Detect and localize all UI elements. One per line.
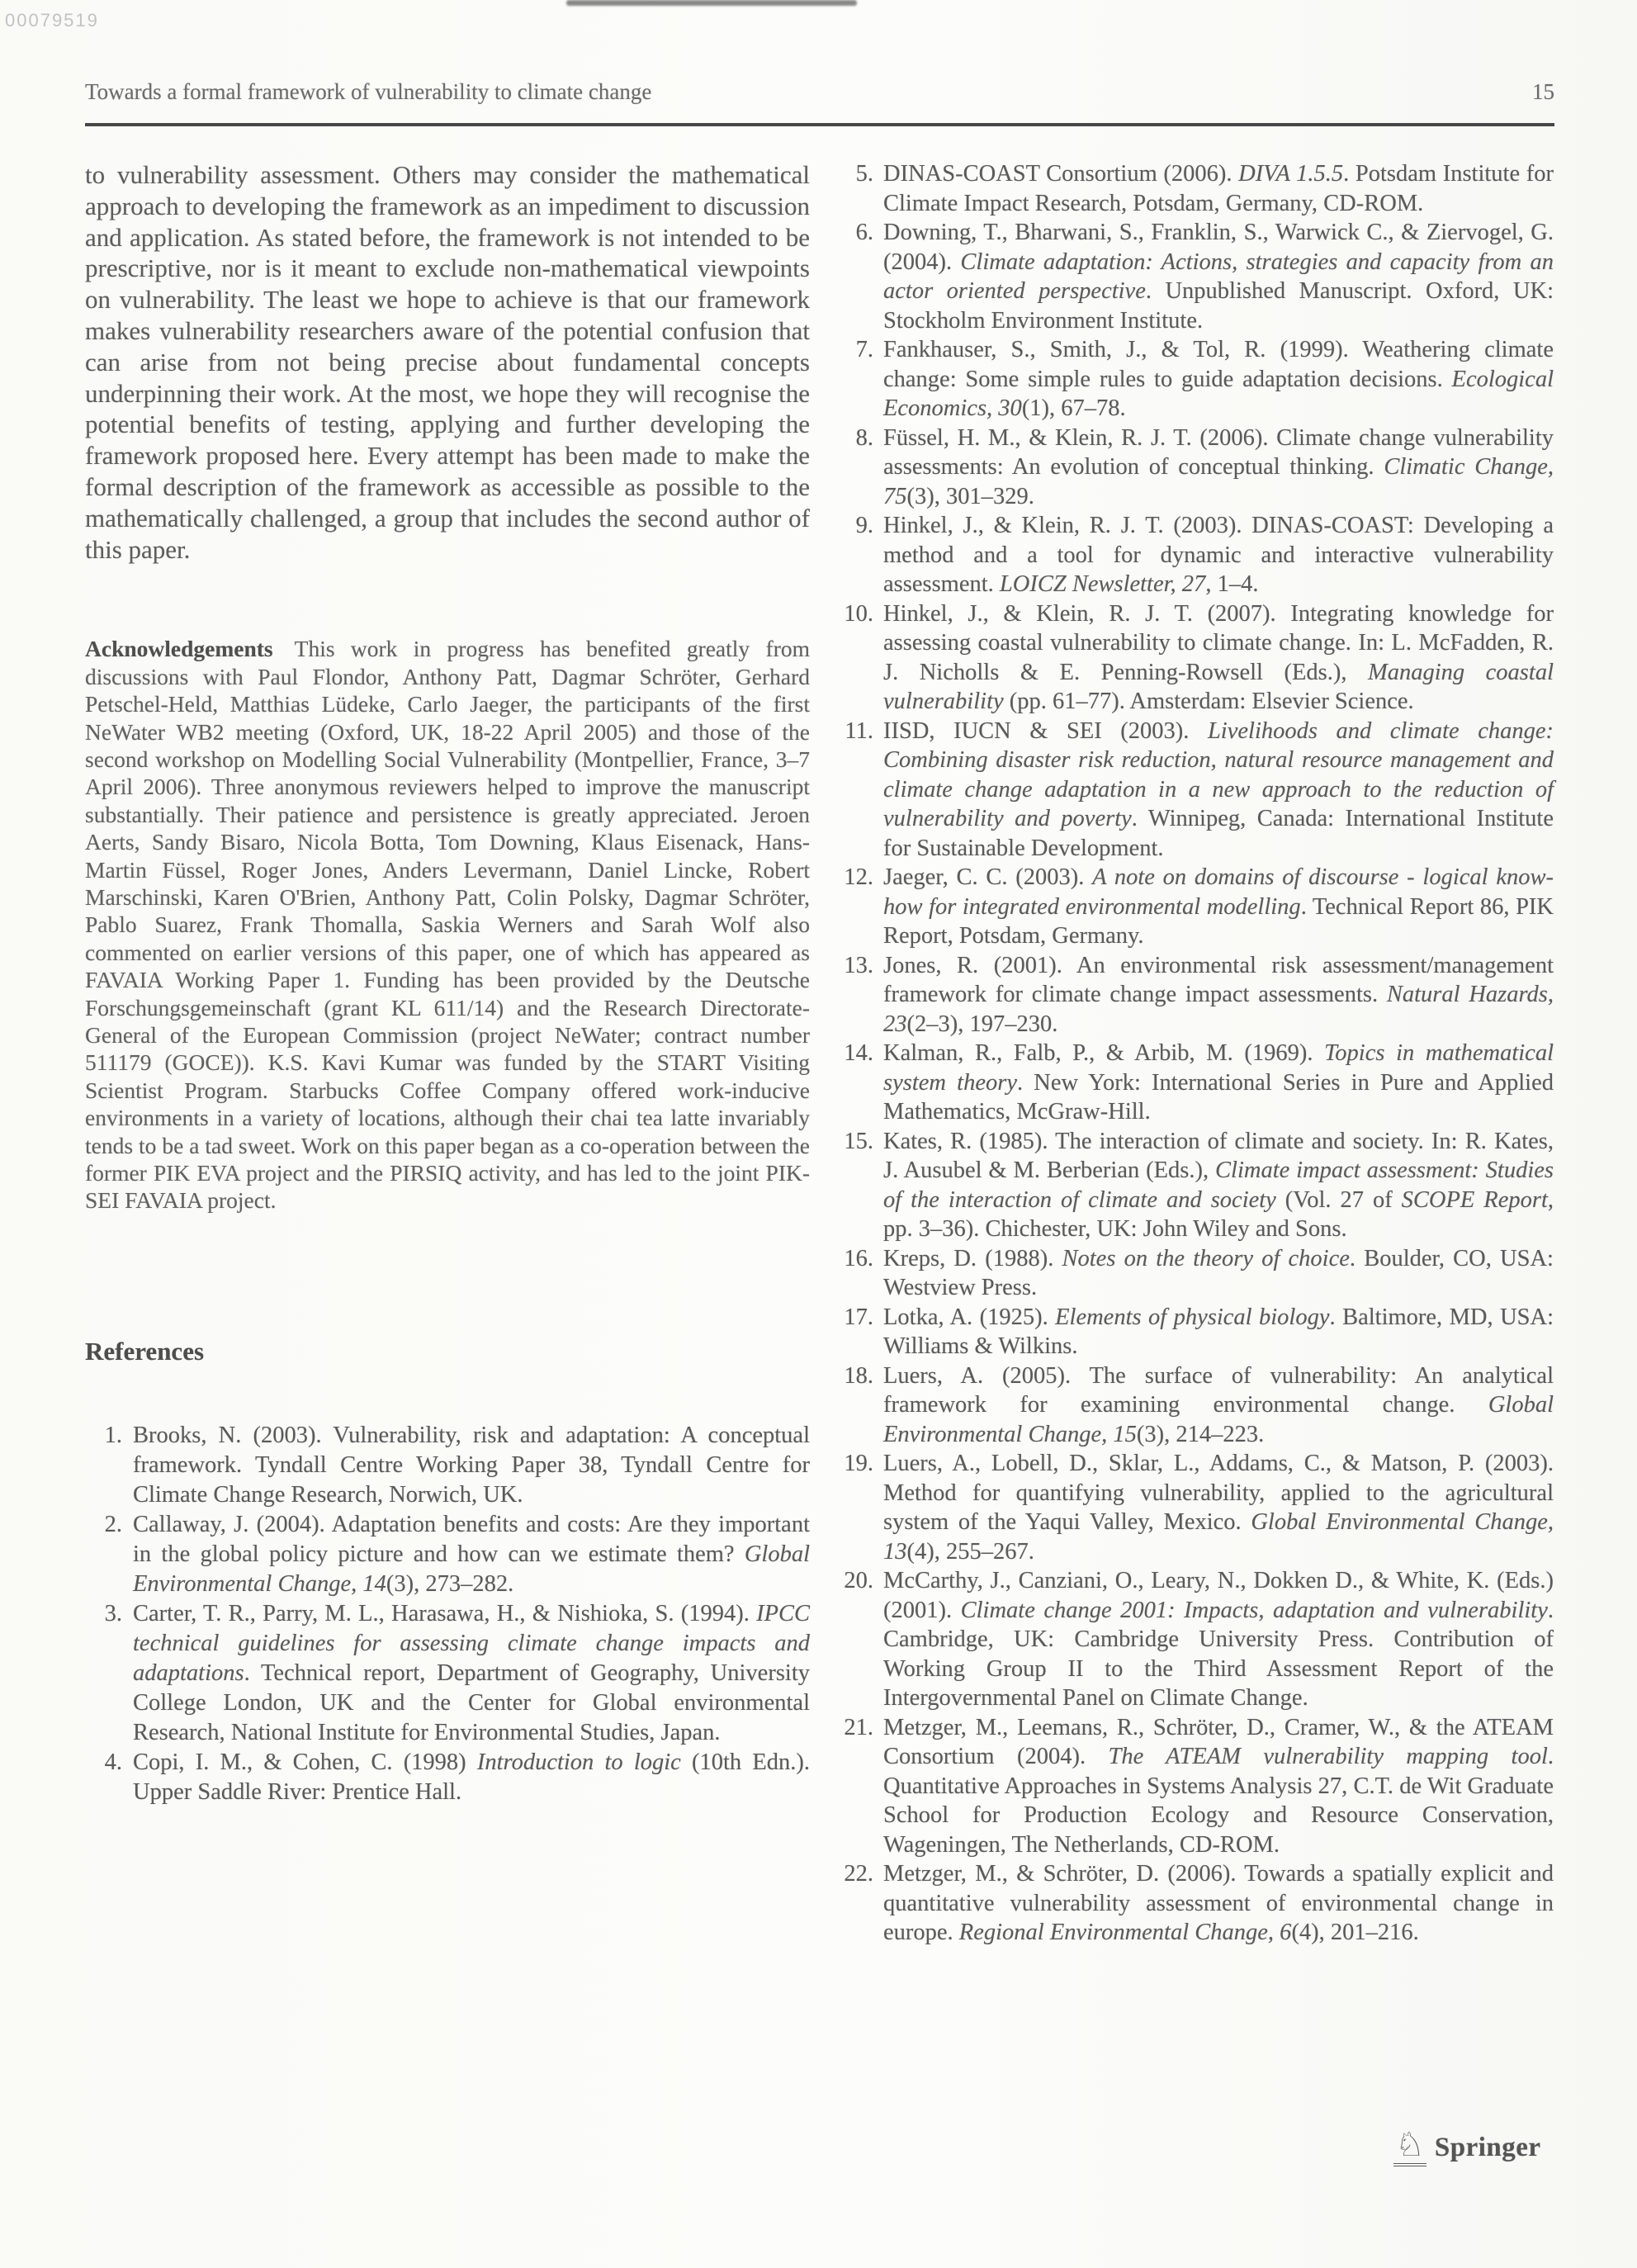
reference-number: 1. <box>85 1421 133 1451</box>
references-list-left: 1.Brooks, N. (2003). Vulnerability, risk… <box>85 1421 810 1807</box>
reference-number: 13. <box>830 951 883 981</box>
reference-number: 10. <box>830 599 883 629</box>
reference-text: Brooks, N. (2003). Vulnerability, risk a… <box>133 1423 810 1508</box>
reference-number: 19. <box>830 1449 883 1479</box>
reference-title-italic: Notes on the theory of choice <box>1062 1246 1350 1271</box>
reference-title-italic: DIVA 1.5.5 <box>1238 161 1343 187</box>
reference-item: 20.McCarthy, J., Canziani, O., Leary, N.… <box>830 1566 1554 1713</box>
reference-item: 16.Kreps, D. (1988). Notes on the theory… <box>830 1244 1554 1303</box>
reference-text: (4), 255–267. <box>907 1539 1034 1565</box>
reference-number: 4. <box>85 1748 133 1778</box>
acknowledgements-text: This work in progress has benefited grea… <box>85 636 810 1213</box>
reference-text: IISD, IUCN & SEI (2003). <box>883 718 1208 744</box>
reference-number: 2. <box>85 1510 133 1540</box>
reference-item: 7.Fankhauser, S., Smith, J., & Tol, R. (… <box>830 335 1554 424</box>
reference-text: Kreps, D. (1988). <box>883 1246 1062 1271</box>
springer-wordmark: Springer <box>1435 2133 1541 2163</box>
acknowledgements: AcknowledgementsThis work in progress ha… <box>85 635 810 1214</box>
reference-number: 7. <box>830 335 883 365</box>
reference-item: 13.Jones, R. (2001). An environmental ri… <box>830 951 1554 1039</box>
reference-number: 20. <box>830 1566 883 1596</box>
right-column: 5.DINAS-COAST Consortium (2006). DIVA 1.… <box>830 159 1554 1948</box>
reference-text: Lotka, A. (1925). <box>883 1304 1055 1330</box>
reference-item: 1.Brooks, N. (2003). Vulnerability, risk… <box>85 1421 810 1510</box>
reference-text: Carter, T. R., Parry, M. L., Harasawa, H… <box>133 1601 756 1626</box>
reference-number: 8. <box>830 424 883 453</box>
reference-item: 14.Kalman, R., Falb, P., & Arbib, M. (19… <box>830 1039 1554 1127</box>
reference-title-italic: SCOPE Report <box>1402 1187 1548 1213</box>
reference-number: 3. <box>85 1599 133 1629</box>
left-column: to vulnerability assessment. Others may … <box>85 159 810 1807</box>
reference-text: Callaway, J. (2004). Adaptation benefits… <box>133 1512 810 1567</box>
scanned-paper-page: 00079519 Towards a formal framework of v… <box>0 0 1637 2268</box>
reference-number: 9. <box>830 511 883 541</box>
reference-title-italic: Climate change 2001: Impacts, adaptation… <box>961 1598 1548 1623</box>
reference-number: 15. <box>830 1127 883 1157</box>
reference-item: 17.Lotka, A. (1925). Elements of physica… <box>830 1303 1554 1361</box>
acknowledgements-label: Acknowledgements <box>85 636 295 661</box>
reference-number: 5. <box>830 159 883 189</box>
reference-item: 18.Luers, A. (2005). The surface of vuln… <box>830 1361 1554 1450</box>
page-number: 15 <box>1532 79 1554 105</box>
reference-item: 22.Metzger, M., & Schröter, D. (2006). T… <box>830 1859 1554 1948</box>
reference-number: 16. <box>830 1244 883 1274</box>
reference-item: 9.Hinkel, J., & Klein, R. J. T. (2003). … <box>830 511 1554 599</box>
reference-number: 22. <box>830 1859 883 1889</box>
reference-text: Copi, I. M., & Cohen, C. (1998) <box>133 1750 477 1775</box>
springer-logo: ♘ Springer <box>1393 2128 1541 2166</box>
reference-item: 12.Jaeger, C. C. (2003). A note on domai… <box>830 863 1554 951</box>
reference-text: , 1–4. <box>1205 571 1258 597</box>
reference-title-italic: Elements of physical biology <box>1055 1304 1329 1330</box>
reference-title-italic: LOICZ Newsletter, 27 <box>1000 571 1205 597</box>
reference-number: 14. <box>830 1039 883 1068</box>
reference-number: 6. <box>830 218 883 248</box>
reference-number: 18. <box>830 1361 883 1391</box>
references-heading: References <box>85 1337 810 1366</box>
reference-text: (3), 214–223. <box>1137 1422 1264 1447</box>
reference-number: 17. <box>830 1303 883 1333</box>
reference-item: 10.Hinkel, J., & Klein, R. J. T. (2007).… <box>830 599 1554 717</box>
scan-artifact-smudge <box>566 0 857 6</box>
reference-item: 19.Luers, A., Lobell, D., Sklar, L., Add… <box>830 1449 1554 1566</box>
reference-text: (Vol. 27 of <box>1276 1187 1402 1213</box>
reference-text: (1), 67–78. <box>1022 395 1126 421</box>
running-head: Towards a formal framework of vulnerabil… <box>85 79 1554 126</box>
reference-number: 21. <box>830 1713 883 1743</box>
reference-number: 12. <box>830 863 883 893</box>
reference-text: (pp. 61–77). Amsterdam: Elsevier Science… <box>1004 689 1414 714</box>
reference-number: 11. <box>830 717 883 746</box>
reference-item: 15.Kates, R. (1985). The interaction of … <box>830 1127 1554 1244</box>
reference-item: 2.Callaway, J. (2004). Adaptation benefi… <box>85 1510 810 1599</box>
reference-title-italic: Regional Environmental Change, 6 <box>959 1920 1292 1945</box>
reference-item: 4.Copi, I. M., & Cohen, C. (1998) Introd… <box>85 1748 810 1807</box>
reference-item: 8.Füssel, H. M., & Klein, R. J. T. (2006… <box>830 424 1554 512</box>
running-title: Towards a formal framework of vulnerabil… <box>85 79 651 105</box>
springer-horse-icon: ♘ <box>1393 2128 1426 2166</box>
reference-item: 6.Downing, T., Bharwani, S., Franklin, S… <box>830 218 1554 335</box>
reference-item: 21.Metzger, M., Leemans, R., Schröter, D… <box>830 1713 1554 1860</box>
reference-title-italic: The ATEAM vulnerability mapping tool <box>1109 1744 1548 1769</box>
references-list-right: 5.DINAS-COAST Consortium (2006). DIVA 1.… <box>830 159 1554 1948</box>
reference-item: 5.DINAS-COAST Consortium (2006). DIVA 1.… <box>830 159 1554 218</box>
reference-text: Jaeger, C. C. (2003). <box>883 864 1092 890</box>
scan-id-number: 00079519 <box>5 10 99 31</box>
reference-item: 11.IISD, IUCN & SEI (2003). Livelihoods … <box>830 717 1554 864</box>
reference-text: (3), 273–282. <box>386 1571 513 1597</box>
reference-text: Kalman, R., Falb, P., & Arbib, M. (1969)… <box>883 1040 1324 1066</box>
reference-item: 3.Carter, T. R., Parry, M. L., Harasawa,… <box>85 1599 810 1748</box>
body-paragraph: to vulnerability assessment. Others may … <box>85 159 810 565</box>
reference-text: Luers, A. (2005). The surface of vulnera… <box>883 1363 1554 1418</box>
reference-text: DINAS-COAST Consortium (2006). <box>883 161 1238 187</box>
reference-text: (4), 201–216. <box>1291 1920 1418 1945</box>
reference-text: (2–3), 197–230. <box>907 1011 1058 1037</box>
reference-title-italic: Introduction to logic <box>477 1750 681 1775</box>
reference-text: (3), 301–329. <box>907 484 1034 509</box>
